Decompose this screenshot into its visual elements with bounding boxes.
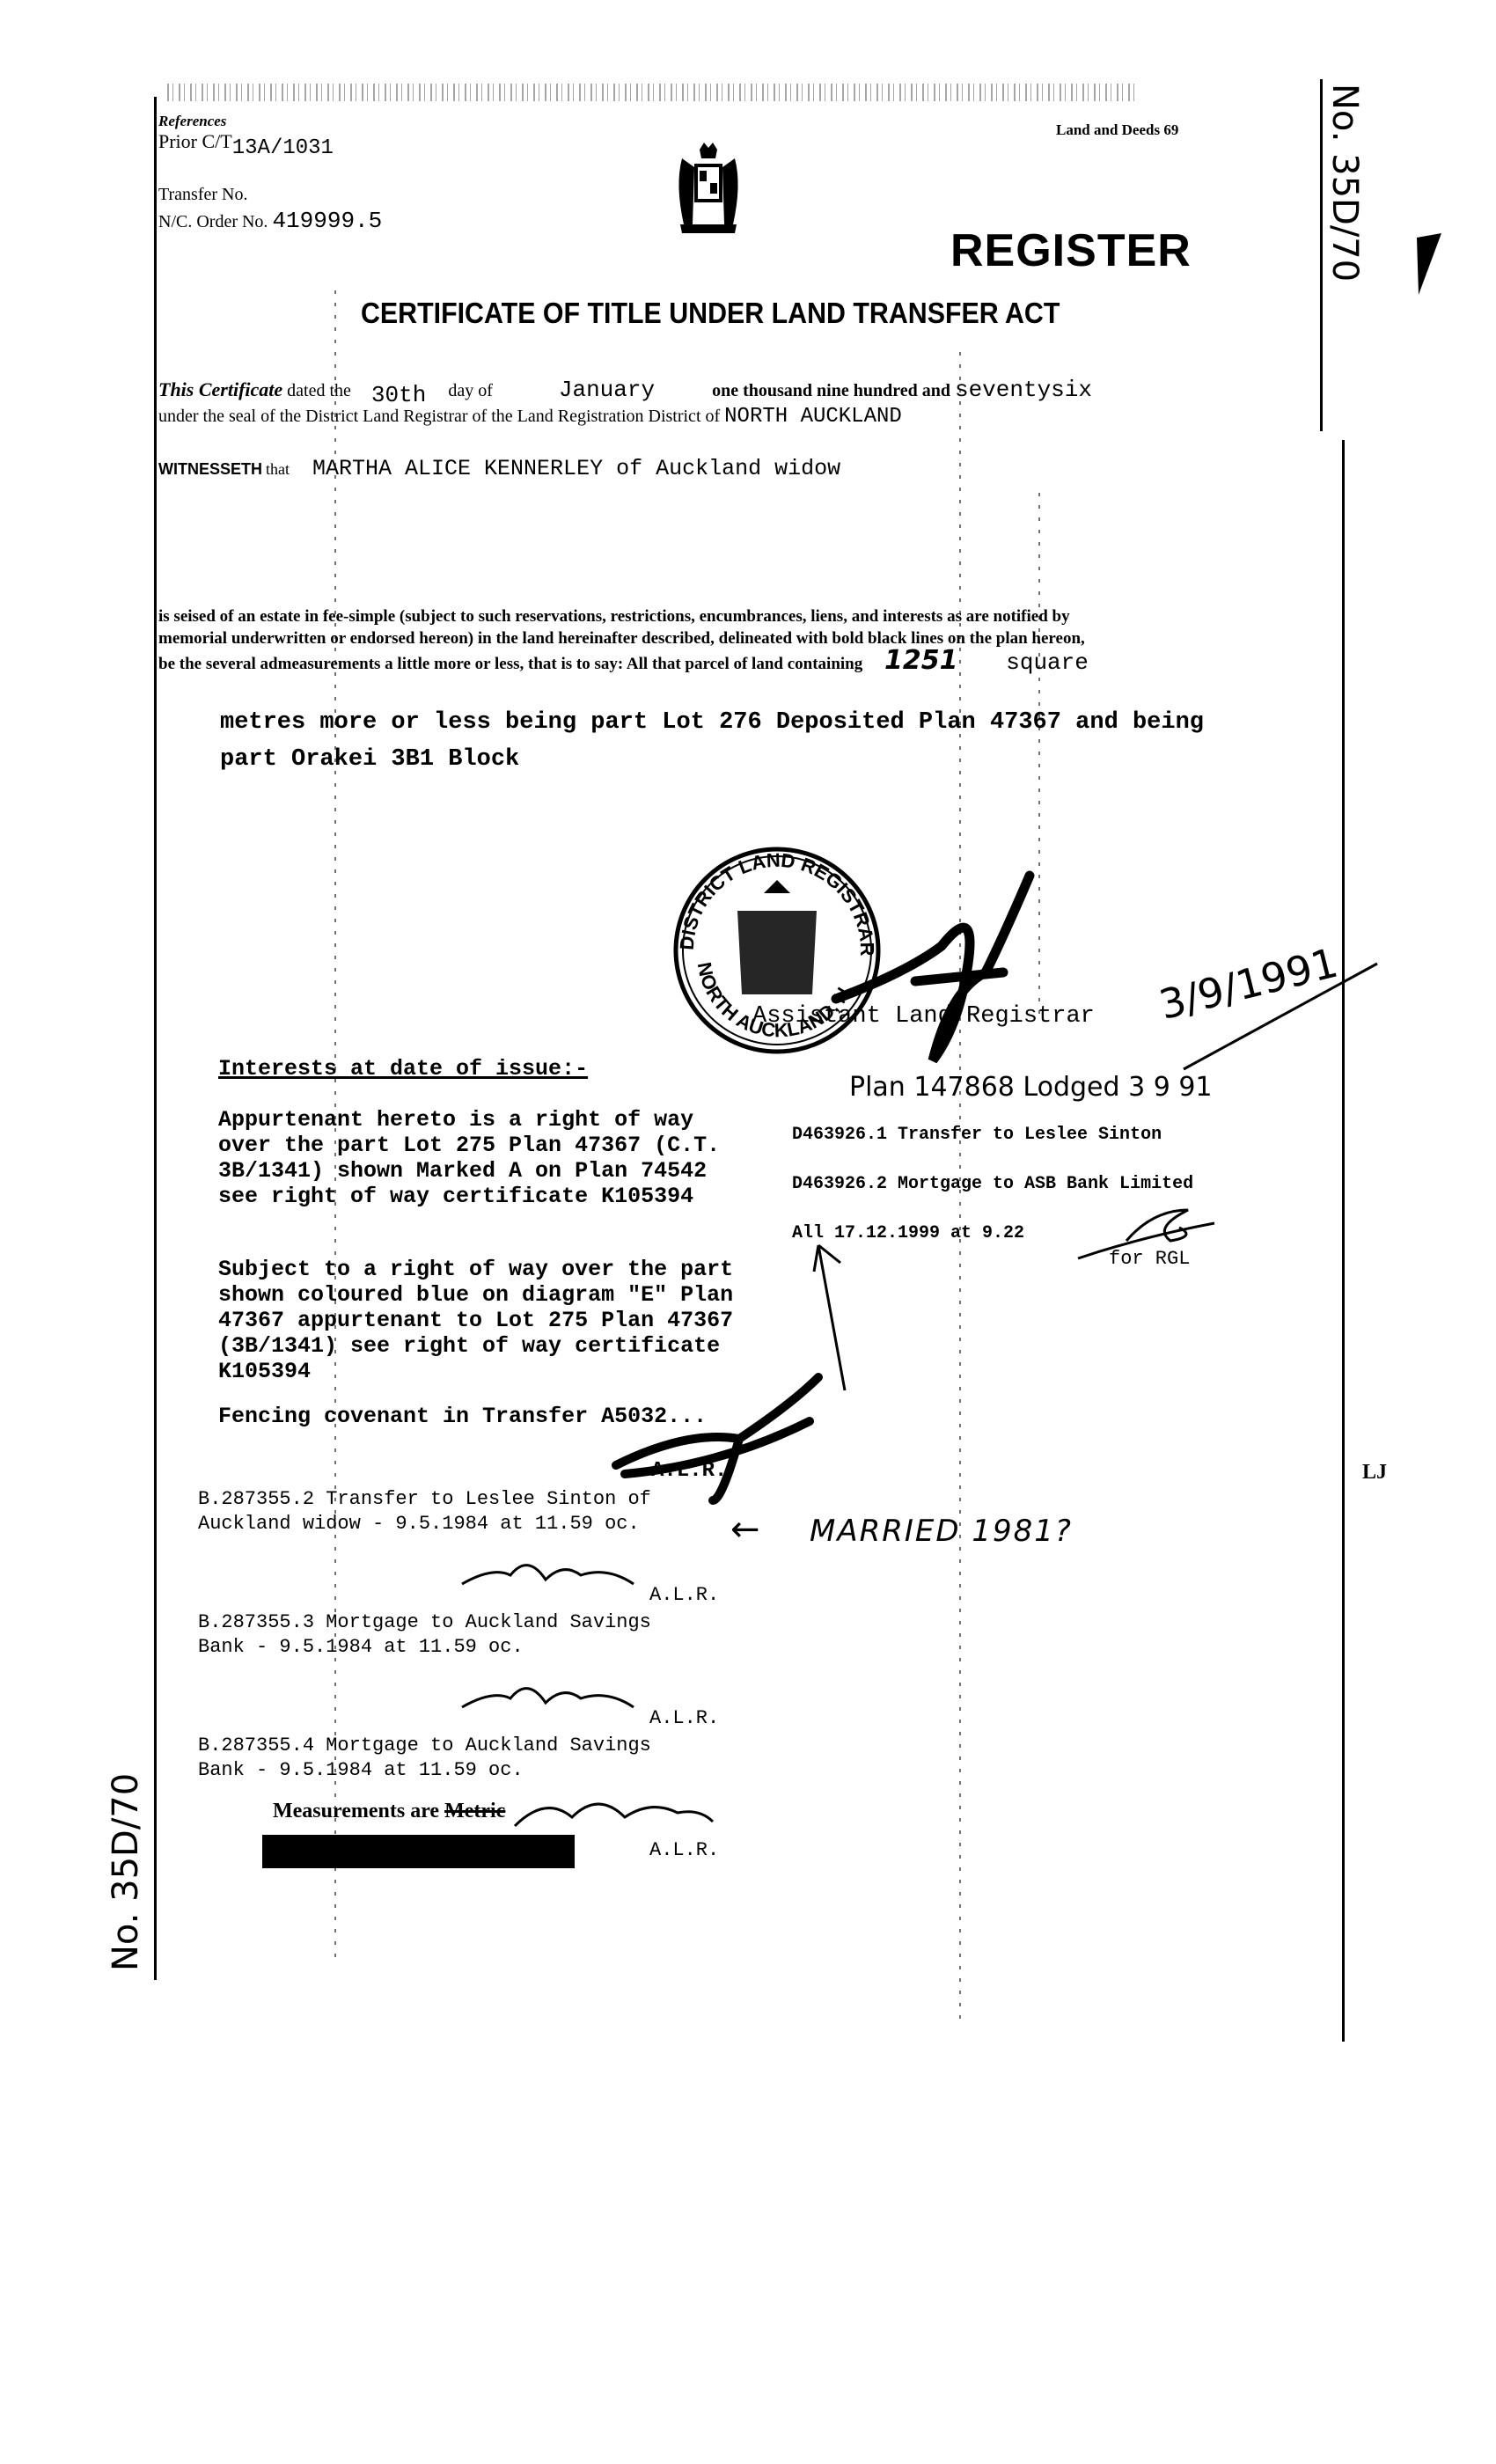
margin-ref-top: No. 35D/70: [1324, 84, 1365, 282]
register-label: REGISTER: [950, 224, 1192, 277]
footer-alr: A.L.R.: [649, 1839, 719, 1861]
references-label: References: [158, 113, 226, 130]
right-margin-rule-top: [1320, 79, 1323, 431]
coat-of-arms-icon: [673, 141, 744, 238]
memorial-line-1: B.287355.2 Transfer to Leslee Sinton of: [198, 1487, 651, 1512]
memorial-entry: B.287355.3 Mortgage to Auckland Savings …: [198, 1610, 651, 1660]
estate-paragraph: is seised of an estate in fee-simple (su…: [158, 605, 1355, 675]
interest-item: Subject to a right of way over the part …: [218, 1257, 746, 1384]
annotation-text: MARRIED 1981?: [810, 1514, 1073, 1549]
certificate-year: seventysix: [955, 377, 1092, 403]
prior-ct-value: 13A/1031: [232, 136, 334, 160]
rgl-signoff: for RGL: [1109, 1248, 1190, 1270]
footer-signature-icon: [510, 1786, 722, 1839]
estate-line-2: memorial underwritten or endorsed hereon…: [158, 627, 1355, 649]
registrar-signature-icon: [827, 867, 1056, 1069]
memorial-line-1: B.287355.3 Mortgage to Auckland Savings: [198, 1610, 651, 1635]
measurements-text: Measurements are: [273, 1800, 439, 1822]
arrow-annotation-icon: [810, 1236, 862, 1395]
day-of-label: day of: [448, 381, 493, 400]
witnesseth-line: WITNESSETH that MARTHA ALICE KENNERLEY o…: [158, 456, 840, 481]
redaction-bar: [262, 1835, 575, 1868]
document-title: CERTIFICATE OF TITLE UNDER LAND TRANSFER…: [361, 297, 1060, 330]
transfer-no-label: Transfer No.: [158, 185, 247, 205]
memorial-line-2: Bank - 9.5.1984 at 11.59 oc.: [198, 1635, 651, 1660]
margin-ref-bottom: No. 35D/70: [106, 1773, 146, 1971]
certificate-intro: This Certificate: [158, 378, 282, 400]
memorial-line-2: Bank - 9.5.1984 at 11.59 oc.: [198, 1758, 651, 1783]
order-no-value: 419999.5: [272, 208, 382, 234]
dated-label: dated the: [287, 381, 351, 400]
certificate-month: January: [559, 377, 655, 403]
interests-alr: A.L.R.: [651, 1459, 727, 1483]
memorial-entry: B.287355.4 Mortgage to Auckland Savings …: [198, 1734, 651, 1783]
memorial-signoff: A.L.R.: [649, 1584, 719, 1606]
memorial-entry: B.287355.2 Transfer to Leslee Sinton of …: [198, 1487, 651, 1536]
order-no: N/C. Order No. 419999.5: [158, 208, 382, 234]
scan-noise: [167, 84, 1135, 101]
area-handwritten: 1251: [884, 645, 958, 676]
memorial-line-2: Auckland widow - 9.5.1984 at 11.59 oc.: [198, 1512, 651, 1536]
owner-name: MARTHA ALICE KENNERLEY of Auckland widow: [312, 456, 840, 481]
memorial-line-1: B.287355.4 Mortgage to Auckland Savings: [198, 1734, 651, 1758]
annotation-arrow: ←: [730, 1509, 760, 1550]
strike-line-icon: [1179, 959, 1382, 1074]
order-no-label: N/C. Order No.: [158, 212, 268, 231]
measurements-line: Measurements are Metric: [273, 1800, 505, 1823]
area-unit: square: [1006, 649, 1089, 676]
witnesseth-label: WITNESSETH: [158, 460, 262, 478]
certificate-date-line: This Certificate dated the 30th day of J…: [158, 377, 1092, 403]
memorial-signature-icon: [458, 1672, 651, 1725]
plan-lodged: Plan 147868 Lodged 3 9 91: [849, 1072, 1213, 1103]
district-line: under the seal of the District Land Regi…: [158, 405, 902, 429]
left-margin-rule: [154, 97, 157, 1980]
estate-line-3: be the several admeasurements a little m…: [158, 649, 1355, 675]
memorial-signature-icon: [458, 1549, 651, 1602]
interest-item: Appurtenant hereto is a right of way ove…: [218, 1107, 746, 1209]
legal-description: metres more or less being part Lot 276 D…: [220, 704, 1204, 778]
form-code: Land and Deeds 69: [1056, 121, 1178, 139]
legal-desc-line-1: metres more or less being part Lot 276 D…: [220, 704, 1204, 741]
estate-line-3-text: be the several admeasurements a little m…: [158, 655, 862, 673]
prior-ct-label: Prior C/T: [158, 130, 232, 152]
memorial-signoff: A.L.R.: [649, 1707, 719, 1729]
margin-initials: LJ: [1362, 1461, 1387, 1485]
year-prefix: one thousand nine hundred and: [712, 381, 950, 400]
district-name: NORTH AUCKLAND: [724, 405, 902, 429]
struck-word: Metric: [444, 1800, 505, 1822]
right-margin-rule: [1342, 440, 1345, 2042]
seal-line: under the seal of the District Land Regi…: [158, 407, 720, 426]
prior-ct: Prior C/T13A/1031: [158, 130, 334, 155]
estate-line-1: is seised of an estate in fee-simple (su…: [158, 605, 1355, 627]
margin-mark-icon: [1408, 233, 1443, 304]
that-label: that: [266, 460, 290, 478]
right-entry: D463926.1 Transfer to Leslee Sinton: [792, 1111, 1193, 1160]
registrar-label: Assistant Land Registrar: [752, 1003, 1095, 1030]
legal-desc-line-2: part Orakei 3B1 Block: [220, 741, 1204, 778]
interests-heading: Interests at date of issue:-: [218, 1056, 588, 1082]
